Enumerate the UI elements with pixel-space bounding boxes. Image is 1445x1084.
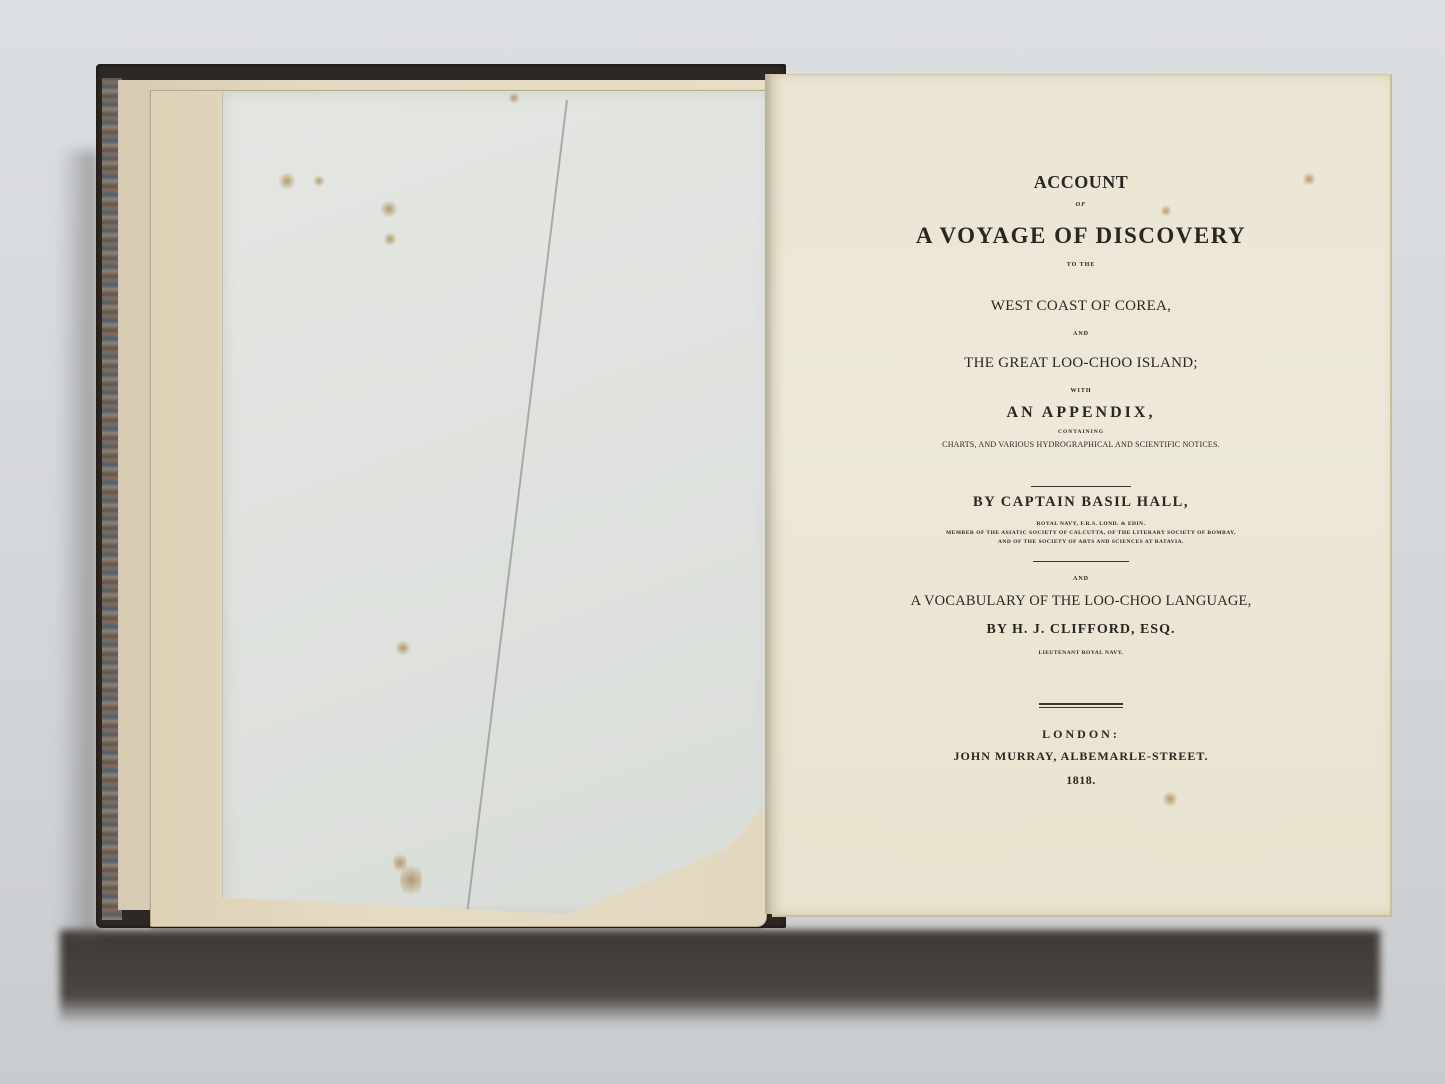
foxing-spot xyxy=(313,175,325,187)
foxing-spot xyxy=(400,860,422,900)
title-appendix: AN APPENDIX, xyxy=(772,404,1390,422)
title-account: ACCOUNT xyxy=(772,172,1390,193)
title-corea: WEST COAST OF COREA, xyxy=(772,298,1390,315)
title-containing: CONTAINING xyxy=(772,429,1390,435)
foxing-spot xyxy=(380,200,398,218)
imprint-city: LONDON: xyxy=(772,727,1390,742)
foxing-spot xyxy=(395,640,411,656)
author-credential: AND OF THE SOCIETY OF ARTS AND SCIENCES … xyxy=(782,539,1400,545)
coauthor-title: LIEUTENANT ROYAL NAVY. xyxy=(772,650,1390,656)
author-credential: ROYAL NAVY, F.R.S. LOND. & EDIN. xyxy=(782,521,1400,527)
title-island: THE GREAT LOO-CHOO ISLAND; xyxy=(772,355,1390,372)
title-with: WITH xyxy=(772,388,1390,394)
foxing-spot xyxy=(383,232,397,246)
title-and-2: AND xyxy=(772,576,1390,582)
double-rule xyxy=(1039,707,1123,708)
foxing-spot xyxy=(508,92,520,104)
divider-rule xyxy=(1031,486,1131,487)
double-rule xyxy=(1039,703,1123,705)
foxing-spot xyxy=(278,172,296,190)
book-shadow xyxy=(60,930,1380,1025)
title-to-the: TO THE xyxy=(772,262,1390,268)
coauthor-name: BY H. J. CLIFFORD, ESQ. xyxy=(772,622,1390,638)
title-charts: CHARTS, AND VARIOUS HYDROGRAPHICAL AND S… xyxy=(772,440,1390,449)
title-page: ACCOUNT OF A VOYAGE OF DISCOVERY TO THE … xyxy=(772,74,1392,917)
imprint-publisher: JOHN MURRAY, ALBEMARLE-STREET. xyxy=(772,749,1390,764)
author-credential: MEMBER OF THE ASIATIC SOCIETY OF CALCUTT… xyxy=(782,530,1400,536)
tissue-guard xyxy=(222,92,771,914)
vocabulary-title: A VOCABULARY OF THE LOO-CHOO LANGUAGE, xyxy=(772,593,1390,610)
title-main: A VOYAGE OF DISCOVERY xyxy=(772,223,1390,249)
book-shadow-left xyxy=(58,150,98,940)
imprint-year: 1818. xyxy=(772,773,1390,788)
author-name: BY CAPTAIN BASIL HALL, xyxy=(772,494,1390,511)
foxing-spot xyxy=(1162,791,1178,807)
divider-rule xyxy=(1033,561,1129,562)
title-and: AND xyxy=(772,331,1390,337)
title-of: OF xyxy=(772,201,1390,208)
